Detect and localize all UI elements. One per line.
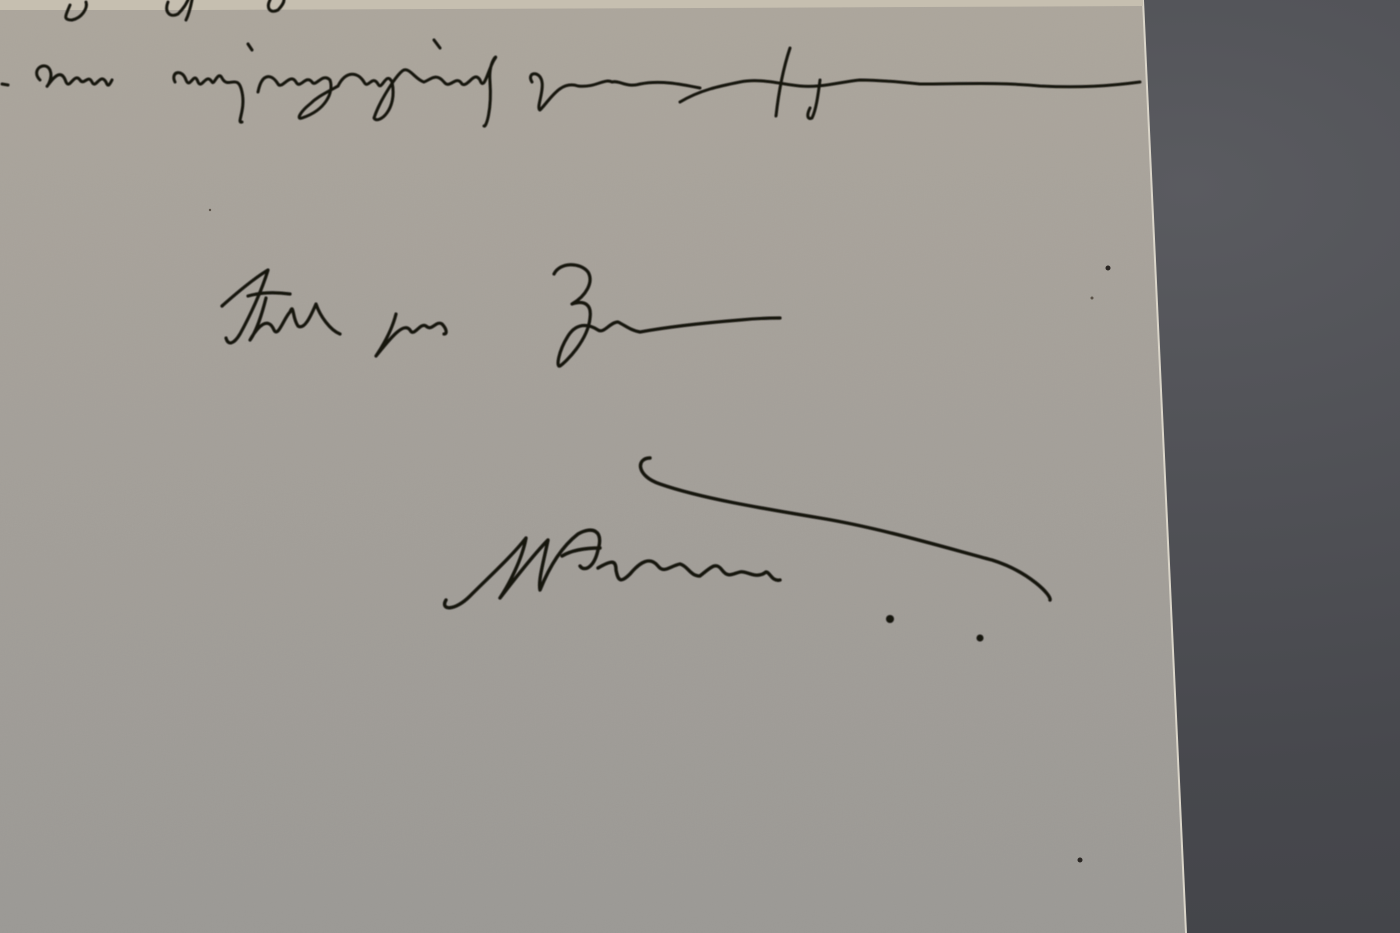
signature-period: [886, 615, 894, 623]
signature-dot: [977, 635, 984, 642]
paper-speck: [1091, 297, 1094, 300]
letter-paper: [0, 0, 1400, 933]
paper-speck: [1078, 858, 1083, 863]
paper-speck: [1106, 266, 1111, 271]
paper-speck: [209, 209, 211, 211]
